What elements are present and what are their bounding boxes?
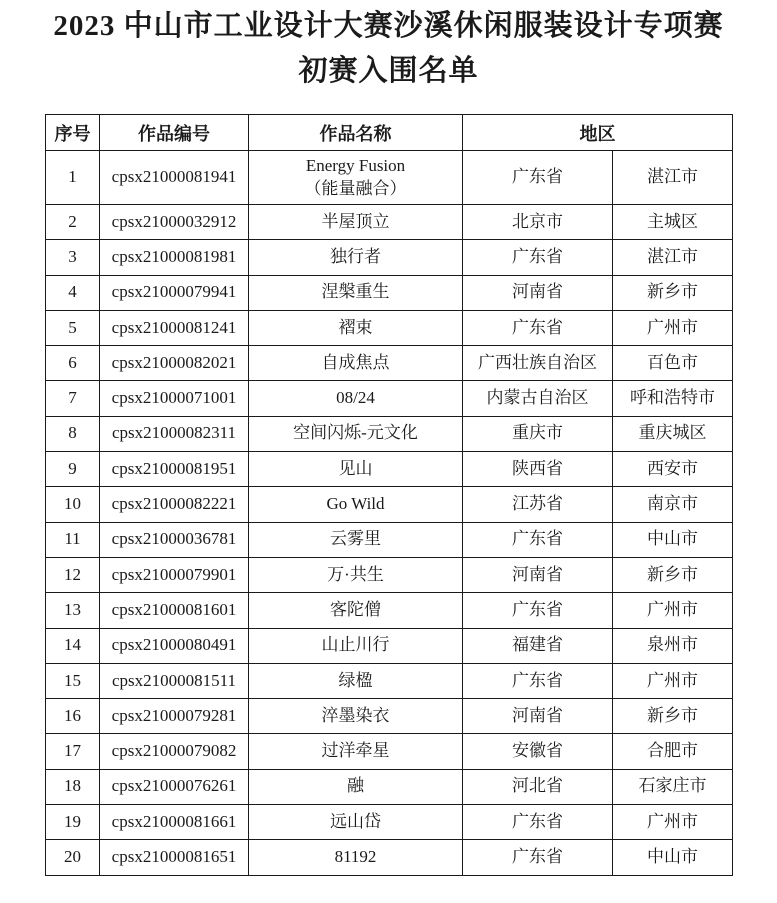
cell-work-id: cpsx21000079941 <box>100 275 249 310</box>
cell-work-id: cpsx21000081661 <box>100 805 249 840</box>
cell-province: 广东省 <box>463 522 613 557</box>
cell-work-name: 涅槃重生 <box>249 275 463 310</box>
cell-work-id: cpsx21000082221 <box>100 487 249 522</box>
cell-index: 2 <box>46 205 100 240</box>
cell-work-name: 08/24 <box>249 381 463 416</box>
document-title-line2: 初赛入围名单 <box>0 49 777 94</box>
entries-table: 序号 作品编号 作品名称 地区 1 cpsx21000081941 Energy… <box>45 114 733 876</box>
cell-work-id: cpsx21000079281 <box>100 699 249 734</box>
cell-province: 广东省 <box>463 151 613 205</box>
cell-province: 福建省 <box>463 628 613 663</box>
cell-city: 南京市 <box>613 487 733 522</box>
cell-city: 主城区 <box>613 205 733 240</box>
cell-province: 河南省 <box>463 275 613 310</box>
header-cell-index: 序号 <box>46 115 100 151</box>
cell-work-name: 客陀僧 <box>249 593 463 628</box>
cell-work-name: 褶束 <box>249 310 463 345</box>
cell-work-id: cpsx21000082311 <box>100 416 249 451</box>
table-row: 8 cpsx21000082311 空间闪烁-元文化 重庆市 重庆城区 <box>46 416 733 451</box>
table-row: 15 cpsx21000081511 绿楹 广东省 广州市 <box>46 663 733 698</box>
table-row: 2 cpsx21000032912 半屋顶立 北京市 主城区 <box>46 205 733 240</box>
cell-city: 新乡市 <box>613 699 733 734</box>
table-row: 9 cpsx21000081951 见山 陕西省 西安市 <box>46 452 733 487</box>
cell-work-id: cpsx21000081951 <box>100 452 249 487</box>
cell-index: 1 <box>46 151 100 205</box>
cell-index: 7 <box>46 381 100 416</box>
cell-work-name: 自成焦点 <box>249 346 463 381</box>
cell-work-id: cpsx21000076261 <box>100 769 249 804</box>
cell-province: 安徽省 <box>463 734 613 769</box>
cell-index: 13 <box>46 593 100 628</box>
cell-index: 9 <box>46 452 100 487</box>
cell-province: 广东省 <box>463 310 613 345</box>
cell-index: 8 <box>46 416 100 451</box>
cell-city: 泉州市 <box>613 628 733 663</box>
header-cell-work-name: 作品名称 <box>249 115 463 151</box>
cell-work-id: cpsx21000071001 <box>100 381 249 416</box>
cell-work-id: cpsx21000079082 <box>100 734 249 769</box>
cell-province: 广东省 <box>463 240 613 275</box>
table-row: 1 cpsx21000081941 Energy Fusion （能量融合） 广… <box>46 151 733 205</box>
cell-province: 广西壮族自治区 <box>463 346 613 381</box>
cell-province: 江苏省 <box>463 487 613 522</box>
cell-province: 内蒙古自治区 <box>463 381 613 416</box>
cell-city: 广州市 <box>613 593 733 628</box>
cell-index: 19 <box>46 805 100 840</box>
cell-city: 中山市 <box>613 840 733 875</box>
cell-province: 陕西省 <box>463 452 613 487</box>
cell-work-name: 云雾里 <box>249 522 463 557</box>
cell-city: 西安市 <box>613 452 733 487</box>
cell-province: 河南省 <box>463 557 613 592</box>
cell-work-name: Energy Fusion （能量融合） <box>249 151 463 205</box>
header-cell-region: 地区 <box>463 115 733 151</box>
cell-province: 河南省 <box>463 699 613 734</box>
table-row: 11 cpsx21000036781 云雾里 广东省 中山市 <box>46 522 733 557</box>
cell-work-id: cpsx21000081511 <box>100 663 249 698</box>
cell-city: 中山市 <box>613 522 733 557</box>
cell-work-name: 淬墨染衣 <box>249 699 463 734</box>
table-row: 20 cpsx21000081651 81192 广东省 中山市 <box>46 840 733 875</box>
cell-province: 广东省 <box>463 663 613 698</box>
table-row: 3 cpsx21000081981 独行者 广东省 湛江市 <box>46 240 733 275</box>
table-row: 18 cpsx21000076261 融 河北省 石家庄市 <box>46 769 733 804</box>
cell-index: 16 <box>46 699 100 734</box>
table-row: 17 cpsx21000079082 过洋牵星 安徽省 合肥市 <box>46 734 733 769</box>
cell-work-id: cpsx21000082021 <box>100 346 249 381</box>
cell-city: 重庆城区 <box>613 416 733 451</box>
cell-province: 广东省 <box>463 805 613 840</box>
table-header-row: 序号 作品编号 作品名称 地区 <box>46 115 733 151</box>
cell-work-name: 万·共生 <box>249 557 463 592</box>
cell-city: 石家庄市 <box>613 769 733 804</box>
cell-province: 广东省 <box>463 840 613 875</box>
table-row: 6 cpsx21000082021 自成焦点 广西壮族自治区 百色市 <box>46 346 733 381</box>
table-row: 19 cpsx21000081661 远山岱 广东省 广州市 <box>46 805 733 840</box>
table-row: 7 cpsx21000071001 08/24 内蒙古自治区 呼和浩特市 <box>46 381 733 416</box>
cell-index: 5 <box>46 310 100 345</box>
document-title-line1: 2023 中山市工业设计大赛沙溪休闲服装设计专项赛 <box>0 4 777 49</box>
cell-city: 广州市 <box>613 805 733 840</box>
cell-work-id: cpsx21000081651 <box>100 840 249 875</box>
cell-city: 湛江市 <box>613 240 733 275</box>
cell-province: 广东省 <box>463 593 613 628</box>
cell-work-id: cpsx21000080491 <box>100 628 249 663</box>
cell-work-id: cpsx21000081981 <box>100 240 249 275</box>
table-row: 13 cpsx21000081601 客陀僧 广东省 广州市 <box>46 593 733 628</box>
cell-work-id: cpsx21000081241 <box>100 310 249 345</box>
cell-province: 北京市 <box>463 205 613 240</box>
cell-city: 广州市 <box>613 663 733 698</box>
cell-city: 呼和浩特市 <box>613 381 733 416</box>
cell-index: 17 <box>46 734 100 769</box>
cell-index: 10 <box>46 487 100 522</box>
cell-city: 新乡市 <box>613 275 733 310</box>
cell-city: 百色市 <box>613 346 733 381</box>
table-row: 4 cpsx21000079941 涅槃重生 河南省 新乡市 <box>46 275 733 310</box>
cell-work-name: 山止川行 <box>249 628 463 663</box>
cell-work-name: 见山 <box>249 452 463 487</box>
cell-work-id: cpsx21000081601 <box>100 593 249 628</box>
cell-index: 15 <box>46 663 100 698</box>
cell-work-id: cpsx21000032912 <box>100 205 249 240</box>
cell-province: 河北省 <box>463 769 613 804</box>
cell-work-name: 独行者 <box>249 240 463 275</box>
header-cell-work-id: 作品编号 <box>100 115 249 151</box>
cell-province: 重庆市 <box>463 416 613 451</box>
cell-index: 4 <box>46 275 100 310</box>
cell-work-id: cpsx21000079901 <box>100 557 249 592</box>
cell-index: 3 <box>46 240 100 275</box>
cell-work-name: 半屋顶立 <box>249 205 463 240</box>
cell-work-id: cpsx21000081941 <box>100 151 249 205</box>
cell-work-name: 融 <box>249 769 463 804</box>
cell-index: 11 <box>46 522 100 557</box>
cell-index: 20 <box>46 840 100 875</box>
table-row: 12 cpsx21000079901 万·共生 河南省 新乡市 <box>46 557 733 592</box>
cell-work-name: Go Wild <box>249 487 463 522</box>
cell-index: 6 <box>46 346 100 381</box>
cell-city: 新乡市 <box>613 557 733 592</box>
cell-index: 12 <box>46 557 100 592</box>
cell-work-name: 绿楹 <box>249 663 463 698</box>
cell-work-id: cpsx21000036781 <box>100 522 249 557</box>
cell-index: 14 <box>46 628 100 663</box>
cell-work-name: 空间闪烁-元文化 <box>249 416 463 451</box>
cell-city: 广州市 <box>613 310 733 345</box>
cell-work-name: 远山岱 <box>249 805 463 840</box>
cell-work-name: 81192 <box>249 840 463 875</box>
table-row: 5 cpsx21000081241 褶束 广东省 广州市 <box>46 310 733 345</box>
document-title: 2023 中山市工业设计大赛沙溪休闲服装设计专项赛 初赛入围名单 <box>0 4 777 94</box>
cell-index: 18 <box>46 769 100 804</box>
table-row: 14 cpsx21000080491 山止川行 福建省 泉州市 <box>46 628 733 663</box>
table-row: 10 cpsx21000082221 Go Wild 江苏省 南京市 <box>46 487 733 522</box>
cell-city: 合肥市 <box>613 734 733 769</box>
table-row: 16 cpsx21000079281 淬墨染衣 河南省 新乡市 <box>46 699 733 734</box>
cell-work-name: 过洋牵星 <box>249 734 463 769</box>
cell-city: 湛江市 <box>613 151 733 205</box>
